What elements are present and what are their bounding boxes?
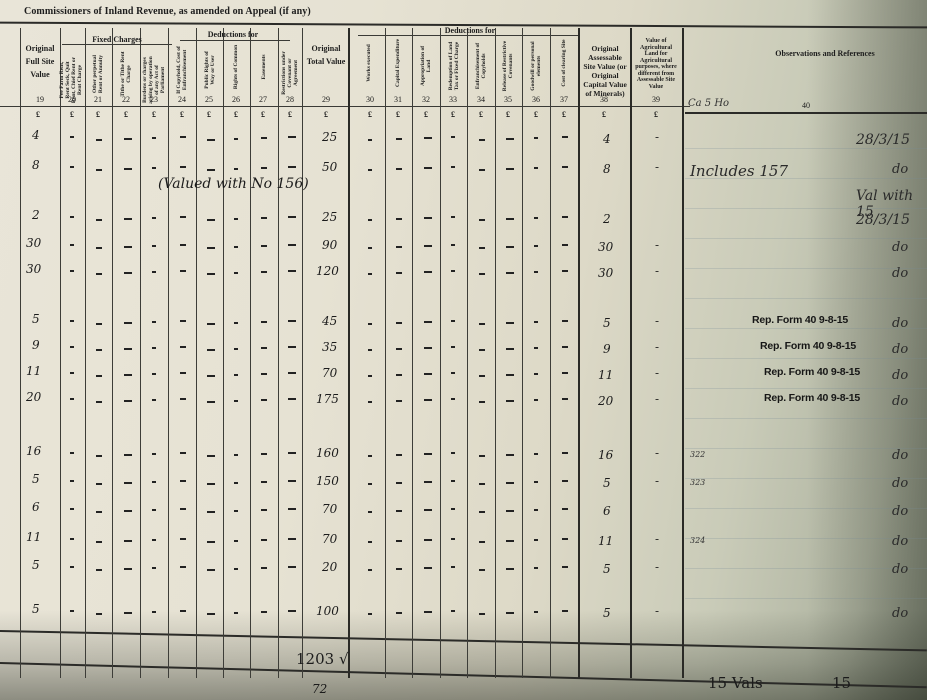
nil-dash <box>396 168 402 170</box>
nil-dash <box>96 511 102 513</box>
nil-dash <box>152 509 156 511</box>
nil-dash <box>124 168 132 170</box>
pound-symbol: £ <box>526 110 546 119</box>
nil-dash <box>562 166 568 168</box>
total-valuations-count: 15 Vals <box>708 674 763 692</box>
full-site-value: 16 <box>26 444 41 458</box>
nil-dash <box>562 538 568 540</box>
assessable-site-value: 9 <box>603 342 611 356</box>
nil-dash <box>207 483 215 485</box>
col-21-header: Other perpetual Rent or Annuity <box>92 50 104 98</box>
nil-dash <box>152 137 156 139</box>
nil-dash <box>534 137 538 139</box>
full-site-value: 8 <box>32 158 40 172</box>
nil-dash <box>288 346 296 348</box>
nil-dash <box>368 273 372 275</box>
nil-dash <box>562 372 568 374</box>
nil-dash <box>534 539 538 541</box>
nil-dash <box>479 569 485 571</box>
nil-dash <box>207 455 215 457</box>
nil-dash <box>207 375 215 377</box>
nil-dash <box>234 612 238 614</box>
nil-dash <box>207 169 215 171</box>
nil-dash <box>479 375 485 377</box>
nil-dash <box>396 612 402 614</box>
agricultural-value: - <box>655 604 659 618</box>
agricultural-value: - <box>655 474 659 488</box>
nil-dash <box>96 613 102 615</box>
nil-dash <box>180 372 186 374</box>
pound-symbol: £ <box>116 110 136 119</box>
nil-dash <box>152 539 156 541</box>
observation-date: do <box>892 316 908 331</box>
col-divider <box>168 28 169 678</box>
nil-dash <box>424 217 432 219</box>
deductions-for-right-label: Deductions for <box>420 26 520 35</box>
nil-dash <box>396 540 402 542</box>
pound-symbol: £ <box>316 110 336 119</box>
full-site-value: 5 <box>32 312 40 326</box>
reference-number: 322 <box>690 450 705 459</box>
nil-dash <box>562 398 568 400</box>
full-site-value: 30 <box>26 236 41 250</box>
nil-dash <box>207 247 215 249</box>
full-site-value: 5 <box>32 602 40 616</box>
nil-dash <box>261 321 267 323</box>
full-site-value: 5 <box>32 472 40 486</box>
total-value: 175 <box>316 392 339 406</box>
assessable-site-value: 30 <box>598 240 613 254</box>
nil-dash <box>562 320 568 322</box>
pound-symbol: £ <box>226 110 246 119</box>
assessable-site-value: 20 <box>598 394 613 408</box>
nil-dash <box>180 398 186 400</box>
nil-dash <box>396 218 402 220</box>
col-40-header: Observations and References <box>760 46 890 61</box>
nil-dash <box>534 321 538 323</box>
nil-dash <box>124 374 132 376</box>
agricultural-value: - <box>655 160 659 174</box>
nil-dash <box>288 508 296 510</box>
col-divider <box>467 28 468 678</box>
agricultural-value: - <box>655 238 659 252</box>
pound-symbol: £ <box>253 110 273 119</box>
nil-dash <box>288 244 296 246</box>
total-value: 25 <box>322 130 337 144</box>
nil-dash <box>124 400 132 402</box>
assessable-site-value: 4 <box>603 132 611 146</box>
nil-dash <box>288 610 296 612</box>
nil-dash <box>207 511 215 513</box>
full-site-value: 5 <box>32 558 40 572</box>
col-22-header: Tithe or Tithe Rent Charge <box>120 50 132 98</box>
nil-dash <box>288 480 296 482</box>
nil-dash <box>396 374 402 376</box>
nil-dash <box>562 346 568 348</box>
col-num: 32 <box>411 95 441 104</box>
nil-dash <box>180 270 186 272</box>
nil-dash <box>234 246 238 248</box>
col-40-margin-note: Ca 5 Ho <box>688 98 729 109</box>
full-site-value: 20 <box>26 390 41 404</box>
pound-symbol: £ <box>62 110 82 119</box>
nil-dash <box>506 482 514 484</box>
nil-dash <box>479 247 485 249</box>
nil-dash <box>96 273 102 275</box>
reference-number: 323 <box>690 478 705 487</box>
nil-dash <box>534 217 538 219</box>
nil-dash <box>70 398 74 400</box>
col-divider <box>682 28 684 678</box>
pound-symbol: £ <box>416 110 436 119</box>
nil-dash <box>506 246 514 248</box>
nil-dash <box>180 346 186 348</box>
nil-dash <box>70 566 74 568</box>
nil-dash <box>70 508 74 510</box>
total-value: 50 <box>322 160 337 174</box>
pound-symbol: £ <box>554 110 574 119</box>
col-divider <box>495 28 496 678</box>
col-divider <box>223 28 224 678</box>
nil-dash <box>152 167 156 169</box>
nil-dash <box>207 323 215 325</box>
col-38-header: Original Assessable Site Value (or Origi… <box>582 44 628 98</box>
nil-dash <box>124 510 132 512</box>
col-29-header: Original Total Value <box>306 42 346 68</box>
nil-dash <box>562 610 568 612</box>
assessable-site-value: 6 <box>603 504 611 518</box>
col-num: 37 <box>549 95 579 104</box>
nil-dash <box>288 398 296 400</box>
nil-dash <box>261 509 267 511</box>
col-divider <box>250 28 251 678</box>
assessable-site-value: 11 <box>598 534 613 548</box>
pound-symbol: £ <box>388 110 408 119</box>
nil-dash <box>368 455 372 457</box>
nil-dash <box>70 610 74 612</box>
nil-dash <box>70 372 74 374</box>
nil-dash <box>368 613 372 615</box>
nil-dash <box>180 452 186 454</box>
col-num: 25 <box>194 95 224 104</box>
nil-dash <box>96 375 102 377</box>
nil-dash <box>234 400 238 402</box>
totals-bottom-rule <box>0 662 927 688</box>
nil-dash <box>152 453 156 455</box>
nil-dash <box>534 399 538 401</box>
total-value: 70 <box>322 502 337 516</box>
nil-dash <box>207 541 215 543</box>
nil-dash <box>451 372 455 374</box>
nil-dash <box>424 167 432 169</box>
col-27-header: Easements <box>261 43 267 91</box>
nil-dash <box>424 373 432 375</box>
nil-dash <box>451 566 455 568</box>
col-num: 40 <box>791 101 821 110</box>
total-value: 35 <box>322 340 337 354</box>
pound-symbol: £ <box>594 110 614 119</box>
nil-dash <box>152 611 156 613</box>
nil-dash <box>451 166 455 168</box>
nil-dash <box>479 349 485 351</box>
nil-dash <box>479 483 485 485</box>
nil-dash <box>234 272 238 274</box>
col-divider <box>348 28 350 678</box>
nil-dash <box>562 216 568 218</box>
nil-dash <box>479 401 485 403</box>
total-value: 120 <box>316 264 339 278</box>
form-title: Commissioners of Inland Revenue, as amen… <box>24 6 311 17</box>
nil-dash <box>479 139 485 141</box>
col-divider <box>578 28 580 678</box>
full-site-value: 11 <box>26 364 41 378</box>
col-divider <box>302 28 303 678</box>
observation-date: do <box>892 162 908 177</box>
observation-date: do <box>892 342 908 357</box>
assessable-site-value: 5 <box>603 476 611 490</box>
observation-date: 28/3/15 <box>856 132 910 148</box>
rep-form-stamp: Rep. Form 40 9-8-15 <box>764 366 860 378</box>
nil-dash <box>207 139 215 141</box>
nil-dash <box>534 373 538 375</box>
col-num: 38 <box>589 95 619 104</box>
nil-dash <box>70 452 74 454</box>
nil-dash <box>207 401 215 403</box>
nil-dash <box>479 511 485 513</box>
nil-dash <box>288 136 296 138</box>
nil-dash <box>180 136 186 138</box>
col-divider <box>550 28 551 678</box>
observation-date: do <box>892 448 908 463</box>
nil-dash <box>234 568 238 570</box>
observation-date: do <box>892 504 908 519</box>
total-value: 20 <box>322 560 337 574</box>
col-num: 24 <box>167 95 197 104</box>
col-divider <box>112 28 113 678</box>
nil-dash <box>70 166 74 168</box>
nil-dash <box>424 399 432 401</box>
nil-dash <box>70 244 74 246</box>
nil-dash <box>396 568 402 570</box>
nil-dash <box>234 510 238 512</box>
col-num: 33 <box>438 95 468 104</box>
deductions-for-left-label: Deductions for <box>178 30 288 39</box>
nil-dash <box>180 610 186 612</box>
nil-dash <box>288 372 296 374</box>
col-divider <box>140 28 141 678</box>
nil-dash <box>152 271 156 273</box>
nil-dash <box>288 270 296 272</box>
nil-dash <box>479 455 485 457</box>
header-bottom-rule <box>0 106 690 107</box>
nil-dash <box>451 398 455 400</box>
col-28-header: Restrictions under Covenant or Agreement <box>281 49 299 97</box>
nil-dash <box>534 567 538 569</box>
nil-dash <box>70 538 74 540</box>
nil-dash <box>261 137 267 139</box>
nil-dash <box>261 399 267 401</box>
col-19-header: Original Full Site Value <box>22 42 58 81</box>
nil-dash <box>479 323 485 325</box>
nil-dash <box>124 246 132 248</box>
col-32-header: Appropriation of Land <box>420 40 432 92</box>
nil-dash <box>562 136 568 138</box>
pound-symbol: £ <box>28 110 48 119</box>
pound-symbol: £ <box>360 110 380 119</box>
nil-dash <box>424 271 432 273</box>
nil-dash <box>451 136 455 138</box>
obs-header-rule <box>685 112 927 114</box>
nil-dash <box>261 245 267 247</box>
nil-dash <box>96 219 102 221</box>
col-divider <box>20 28 21 678</box>
assessable-site-value: 5 <box>603 316 611 330</box>
observation-date: do <box>892 240 908 255</box>
full-site-value: 4 <box>32 128 40 142</box>
nil-dash <box>451 320 455 322</box>
col-num: 35 <box>493 95 523 104</box>
nil-dash <box>96 541 102 543</box>
nil-dash <box>124 540 132 542</box>
col-divider <box>60 28 61 678</box>
nil-dash <box>180 244 186 246</box>
nil-dash <box>506 322 514 324</box>
col-36-header: Goodwill or personal elements <box>530 40 542 92</box>
total-value: 25 <box>322 210 337 224</box>
fixed-charges-rule <box>62 44 172 45</box>
pound-symbol: £ <box>471 110 491 119</box>
nil-dash <box>152 347 156 349</box>
nil-dash <box>368 511 372 513</box>
nil-dash <box>451 508 455 510</box>
agricultural-value: - <box>655 366 659 380</box>
nil-dash <box>368 323 372 325</box>
col-divider <box>196 28 197 678</box>
nil-dash <box>396 246 402 248</box>
nil-dash <box>234 540 238 542</box>
col-num: 21 <box>83 95 113 104</box>
nil-dash <box>396 482 402 484</box>
nil-dash <box>368 375 372 377</box>
nil-dash <box>152 567 156 569</box>
nil-dash <box>506 510 514 512</box>
assessable-site-value: 11 <box>598 368 613 382</box>
nil-dash <box>506 138 514 140</box>
nil-dash <box>234 138 238 140</box>
nil-dash <box>562 270 568 272</box>
nil-dash <box>261 611 267 613</box>
nil-dash <box>562 480 568 482</box>
col-30-header: Works executed <box>366 37 372 89</box>
reference-number: 324 <box>690 536 705 545</box>
nil-dash <box>207 219 215 221</box>
assessable-site-value: 16 <box>598 448 613 462</box>
observation-date: do <box>892 562 908 577</box>
total-value: 100 <box>316 604 339 618</box>
nil-dash <box>207 569 215 571</box>
agricultural-value: - <box>655 314 659 328</box>
rep-form-stamp: Rep. Form 40 9-8-15 <box>760 340 856 352</box>
nil-dash <box>562 244 568 246</box>
nil-dash <box>368 401 372 403</box>
nil-dash <box>424 137 432 139</box>
nil-dash <box>70 270 74 272</box>
nil-dash <box>506 568 514 570</box>
nil-dash <box>96 483 102 485</box>
nil-dash <box>288 320 296 322</box>
nil-dash <box>479 613 485 615</box>
nil-dash <box>234 168 238 170</box>
nil-dash <box>207 613 215 615</box>
observation-date: do <box>892 606 908 621</box>
nil-dash <box>96 139 102 141</box>
nil-dash <box>96 349 102 351</box>
col-26-header: Rights of Common <box>233 43 239 91</box>
nil-dash <box>261 567 267 569</box>
nil-dash <box>152 373 156 375</box>
nil-dash <box>180 566 186 568</box>
assessable-site-value: 30 <box>598 266 613 280</box>
col-num: 22 <box>111 95 141 104</box>
pound-symbol: £ <box>280 110 300 119</box>
nil-dash <box>152 399 156 401</box>
full-site-value: 9 <box>32 338 40 352</box>
nil-dash <box>261 481 267 483</box>
nil-dash <box>424 321 432 323</box>
full-site-value: 2 <box>32 208 40 222</box>
agricultural-value: - <box>655 446 659 460</box>
nil-dash <box>506 218 514 220</box>
nil-dash <box>368 569 372 571</box>
nil-dash <box>124 272 132 274</box>
col-num: 30 <box>355 95 385 104</box>
nil-dash <box>261 539 267 541</box>
agricultural-value: - <box>655 532 659 546</box>
nil-dash <box>288 566 296 568</box>
nil-dash <box>451 346 455 348</box>
nil-dash <box>288 166 296 168</box>
nil-dash <box>506 540 514 542</box>
nil-dash <box>261 217 267 219</box>
valued-with-note: (Valued with No 156) <box>158 176 309 192</box>
nil-dash <box>96 247 102 249</box>
nil-dash <box>234 218 238 220</box>
col-num: 23 <box>139 95 169 104</box>
total-value: 90 <box>322 238 337 252</box>
nil-dash <box>261 373 267 375</box>
nil-dash <box>451 610 455 612</box>
col-num: 29 <box>311 95 341 104</box>
pound-symbol: £ <box>646 110 666 119</box>
nil-dash <box>207 273 215 275</box>
observation-date: do <box>892 476 908 491</box>
assessable-site-value: 2 <box>603 212 611 226</box>
nil-dash <box>396 322 402 324</box>
nil-dash <box>368 247 372 249</box>
nil-dash <box>506 272 514 274</box>
nil-dash <box>479 219 485 221</box>
nil-dash <box>180 508 186 510</box>
nil-dash <box>562 452 568 454</box>
total-value: 45 <box>322 314 337 328</box>
pound-symbol: £ <box>498 110 518 119</box>
nil-dash <box>70 320 74 322</box>
nil-dash <box>534 611 538 613</box>
nil-dash <box>368 169 372 171</box>
col-num: 34 <box>466 95 496 104</box>
nil-dash <box>368 541 372 543</box>
col-divider <box>385 28 386 678</box>
